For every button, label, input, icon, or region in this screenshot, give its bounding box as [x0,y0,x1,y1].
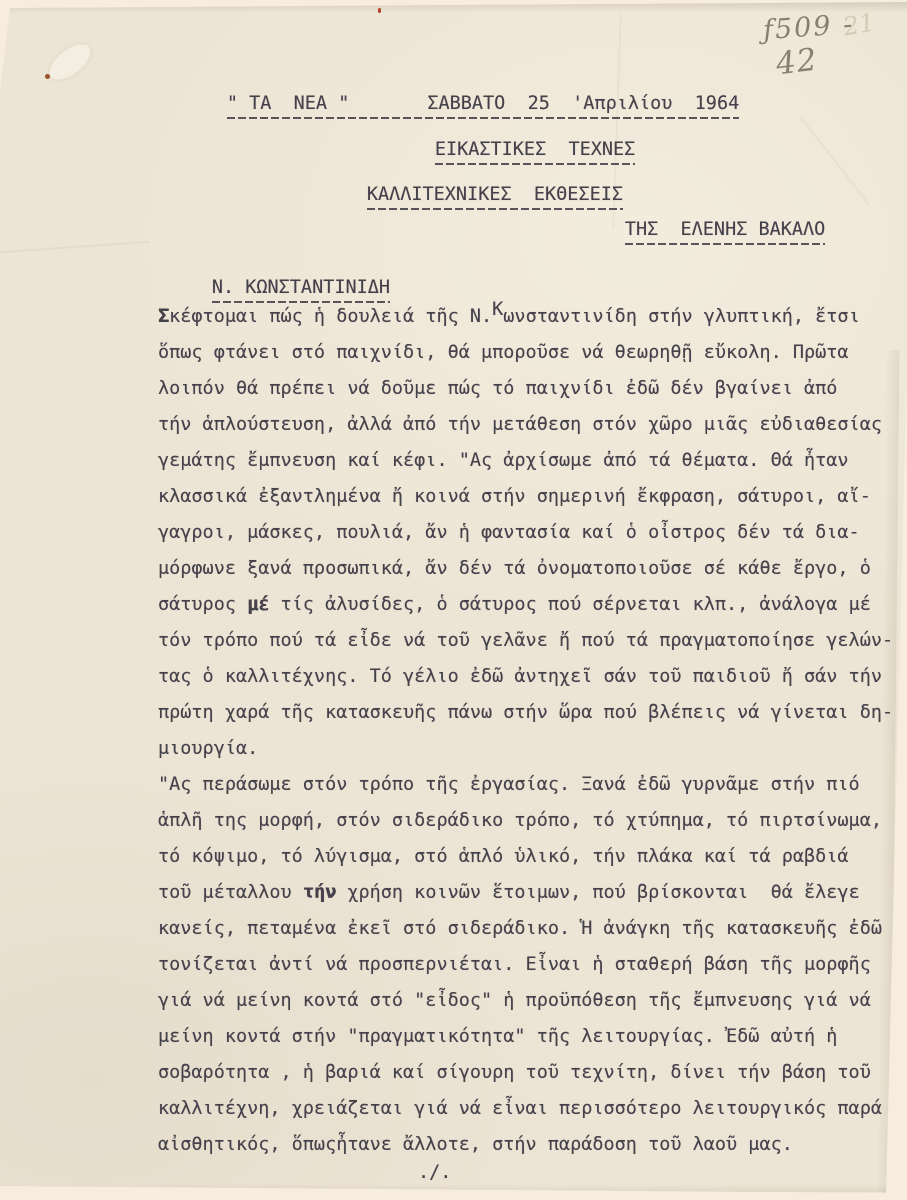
typed-text: σάτυρος [158,594,247,615]
body-line: μείνη κοντά στήν "πραγματικότητα" τῆς λε… [158,1019,906,1055]
typed-text: σοβαρότητα , ἡ βαριά καί σίγουρη τοῦ τεχ… [158,1062,871,1083]
body-line: τήν ἁπλούστευση, ἀλλά ἀπό τήν μετάθεση σ… [158,407,906,443]
pencil-faint-number: 21 [841,7,877,41]
overtyped-text: Σ [158,306,169,327]
byline-text: ΤΗΣ ΕΛΕΝΗΣ ΒΑΚΑΛΟ [625,219,825,245]
section-title-text: ΕΙΚΑΣΤΙΚΕΣ ΤΕΧΝΕΣ [435,139,635,165]
byline: ΤΗΣ ΕΛΕΝΗΣ ΒΑΚΑΛΟ [558,198,825,266]
header-underline-group: " ΤΑ ΝΕΑ "ΣΑΒΒΑΤΟ 25 'Απριλίου 1964 [227,93,739,119]
body-lines: Σκέφτομαι πώς ἡ δουλειά τῆς Ν.Κωνσταντιν… [158,299,906,1163]
typed-text: μόρφωνε ξανά προσωπικά, ἄν δέν τά ὀνοματ… [158,558,871,579]
typed-text: τήν ἁπλούστευση, ἀλλά ἀπό τήν μετάθεση σ… [158,414,882,435]
paper-bottom-edge-shadow [0,1184,886,1192]
typed-text: ὅπως φτάνει στό παιχνίδι, θά μποροῦσε νά… [158,342,849,363]
typed-text: μείνη κοντά στήν "πραγματικότητα" τῆς λε… [158,1026,837,1047]
issue-date: ΣΑΒΒΑΤΟ 25 'Απριλίου 1964 [427,93,739,114]
page-continuation-mark: ./. [418,1162,451,1183]
body-line: τας ὁ καλλιτέχνης. Τό γέλιο ἐδῶ ἀντηχεῖ … [158,659,906,695]
typed-text: καλλιτέχνη, χρειάζεται γιά νά εἶναι περι… [158,1098,882,1119]
typed-text: πρώτη χαρά τῆς κατασκευῆς πάνω στήν ὥρα … [158,702,893,723]
typed-text: κέφτομαι πώς ἡ δουλειά τῆς Ν. [169,306,492,327]
publication-title: " ΤΑ ΝΕΑ " [227,93,350,114]
overtyped-text: τήν [303,882,336,903]
typed-text: τό κόψιμο, τό λύγισμα, στό ἁπλό ὑλικό, τ… [158,846,849,867]
typed-text: τοῦ μέταλλου [158,882,303,903]
paper-sheet: ƒ509 - 42 21 " ΤΑ ΝΕΑ "ΣΑΒΒΑΤΟ 25 'Απριλ… [0,0,907,1200]
body-line: ἁπλῆ της μορφή, στόν σιδεράδικο τρόπο, τ… [158,803,906,839]
body-line: τονίζεται ἀντί νά προσπερνιέται. Εἶναι ἡ… [158,947,906,983]
body-line: κλασσικά ἐξαντλημένα ἤ κοινά στήν σημερι… [158,479,906,515]
superscript-correction: Κ [492,299,503,320]
body-line: γιά νά μείνη κοντά στό "εἶδος" ἡ προϋπόθ… [158,983,906,1019]
body-line: Σκέφτομαι πώς ἡ δουλειά τῆς Ν.Κωνσταντιν… [158,299,906,335]
rust-spot [45,74,50,79]
typed-text: ἁπλῆ της μορφή, στόν σιδεράδικο τρόπο, τ… [158,810,882,831]
typed-text: γεμάτης ἔμπνευση καί κέφι. "Ας ἀρχίσωμε … [158,450,849,471]
body-line: κανείς, πεταμένα ἐκεῖ στό σιδεράδικο. Ἡ … [158,911,906,947]
body-line: τόν τρόπο πού τά εἶδε νά τοῦ γελᾶνε ἤ πο… [158,623,906,659]
pencil-page-number: 42 [774,42,820,83]
body-line: αἰσθητικός, ὅπωςἦτανε ἄλλοτε, στήν παράδ… [158,1127,906,1163]
typed-text: χρήση κοινῶν ἕτοιμων, πού βρίσκονται θά … [336,882,859,903]
typed-text: γιά νά μείνη κοντά στό "εἶδος" ἡ προϋπόθ… [158,990,871,1011]
paper-crease [0,241,150,253]
typed-text: γαγροι, μάσκες, πουλιά, ἄν ἡ φαντασία κα… [158,522,860,543]
scanned-document: ƒ509 - 42 21 " ΤΑ ΝΕΑ "ΣΑΒΒΑΤΟ 25 'Απριλ… [0,0,907,1200]
body-line: λοιπόν θά πρέπει νά δοῦμε πώς τό παιχνίδ… [158,371,906,407]
body-line: τοῦ μέταλλου τήν χρήση κοινῶν ἕτοιμων, π… [158,875,906,911]
typed-text: τας ὁ καλλιτέχνης. Τό γέλιο ἐδῶ ἀντηχεῖ … [158,666,882,687]
body-line: γαγροι, μάσκες, πουλιά, ἄν ἡ φαντασία κα… [158,515,906,551]
typed-text: αἰσθητικός, ὅπωςἦτανε ἄλλοτε, στήν παράδ… [158,1134,793,1155]
body-line: "Ας περάσωμε στόν τρόπο τῆς ἐργασίας. Ξα… [158,767,906,803]
typed-text: μιουργία. [158,738,258,759]
typed-text: κλασσικά ἐξαντλημένα ἤ κοινά στήν σημερι… [158,486,871,507]
body-line: τό κόψιμο, τό λύγισμα, στό ἁπλό ὑλικό, τ… [158,839,906,875]
body-line: σοβαρότητα , ἡ βαριά καί σίγουρη τοῦ τεχ… [158,1055,906,1091]
typed-text: λοιπόν θά πρέπει νά δοῦμε πώς τό παιχνίδ… [158,378,837,399]
typed-text: τόν τρόπο πού τά εἶδε νά τοῦ γελᾶνε ἤ πο… [158,630,893,651]
body-line: μιουργία. [158,731,906,767]
body-line: ὅπως φτάνει στό παιχνίδι, θά μποροῦσε νά… [158,335,906,371]
body-line: καλλιτέχνη, χρειάζεται γιά νά εἶναι περι… [158,1091,906,1127]
body-line: πρώτη χαρά τῆς κατασκευῆς πάνω στήν ὥρα … [158,695,906,731]
typed-text: τίς ἀλυσίδες, ὁ σάτυρος πού σέρνεται κλπ… [269,594,870,615]
body-line: γεμάτης ἔμπνευση καί κέφι. "Ας ἀρχίσωμε … [158,443,906,479]
typed-text: "Ας περάσωμε στόν τρόπο τῆς ἐργασίας. Ξα… [158,774,860,795]
paper-top-shadow [0,2,907,13]
body-line: σάτυρος μέ τίς ἀλυσίδες, ὁ σάτυρος πού σ… [158,587,906,623]
ink-speck [378,8,381,13]
typed-text: κανείς, πεταμένα ἐκεῖ στό σιδεράδικο. Ἡ … [158,918,882,939]
typed-text: τονίζεται ἀντί νά προσπερνιέται. Εἶναι ἡ… [158,954,871,975]
paper-crease [800,117,869,205]
body-line: μόρφωνε ξανά προσωπικά, ἄν δέν τά ὀνοματ… [158,551,906,587]
overtyped-text: μέ [247,594,269,615]
typed-text: ωνσταντινίδη στήν γλυπτική, ἔτσι [503,306,859,327]
